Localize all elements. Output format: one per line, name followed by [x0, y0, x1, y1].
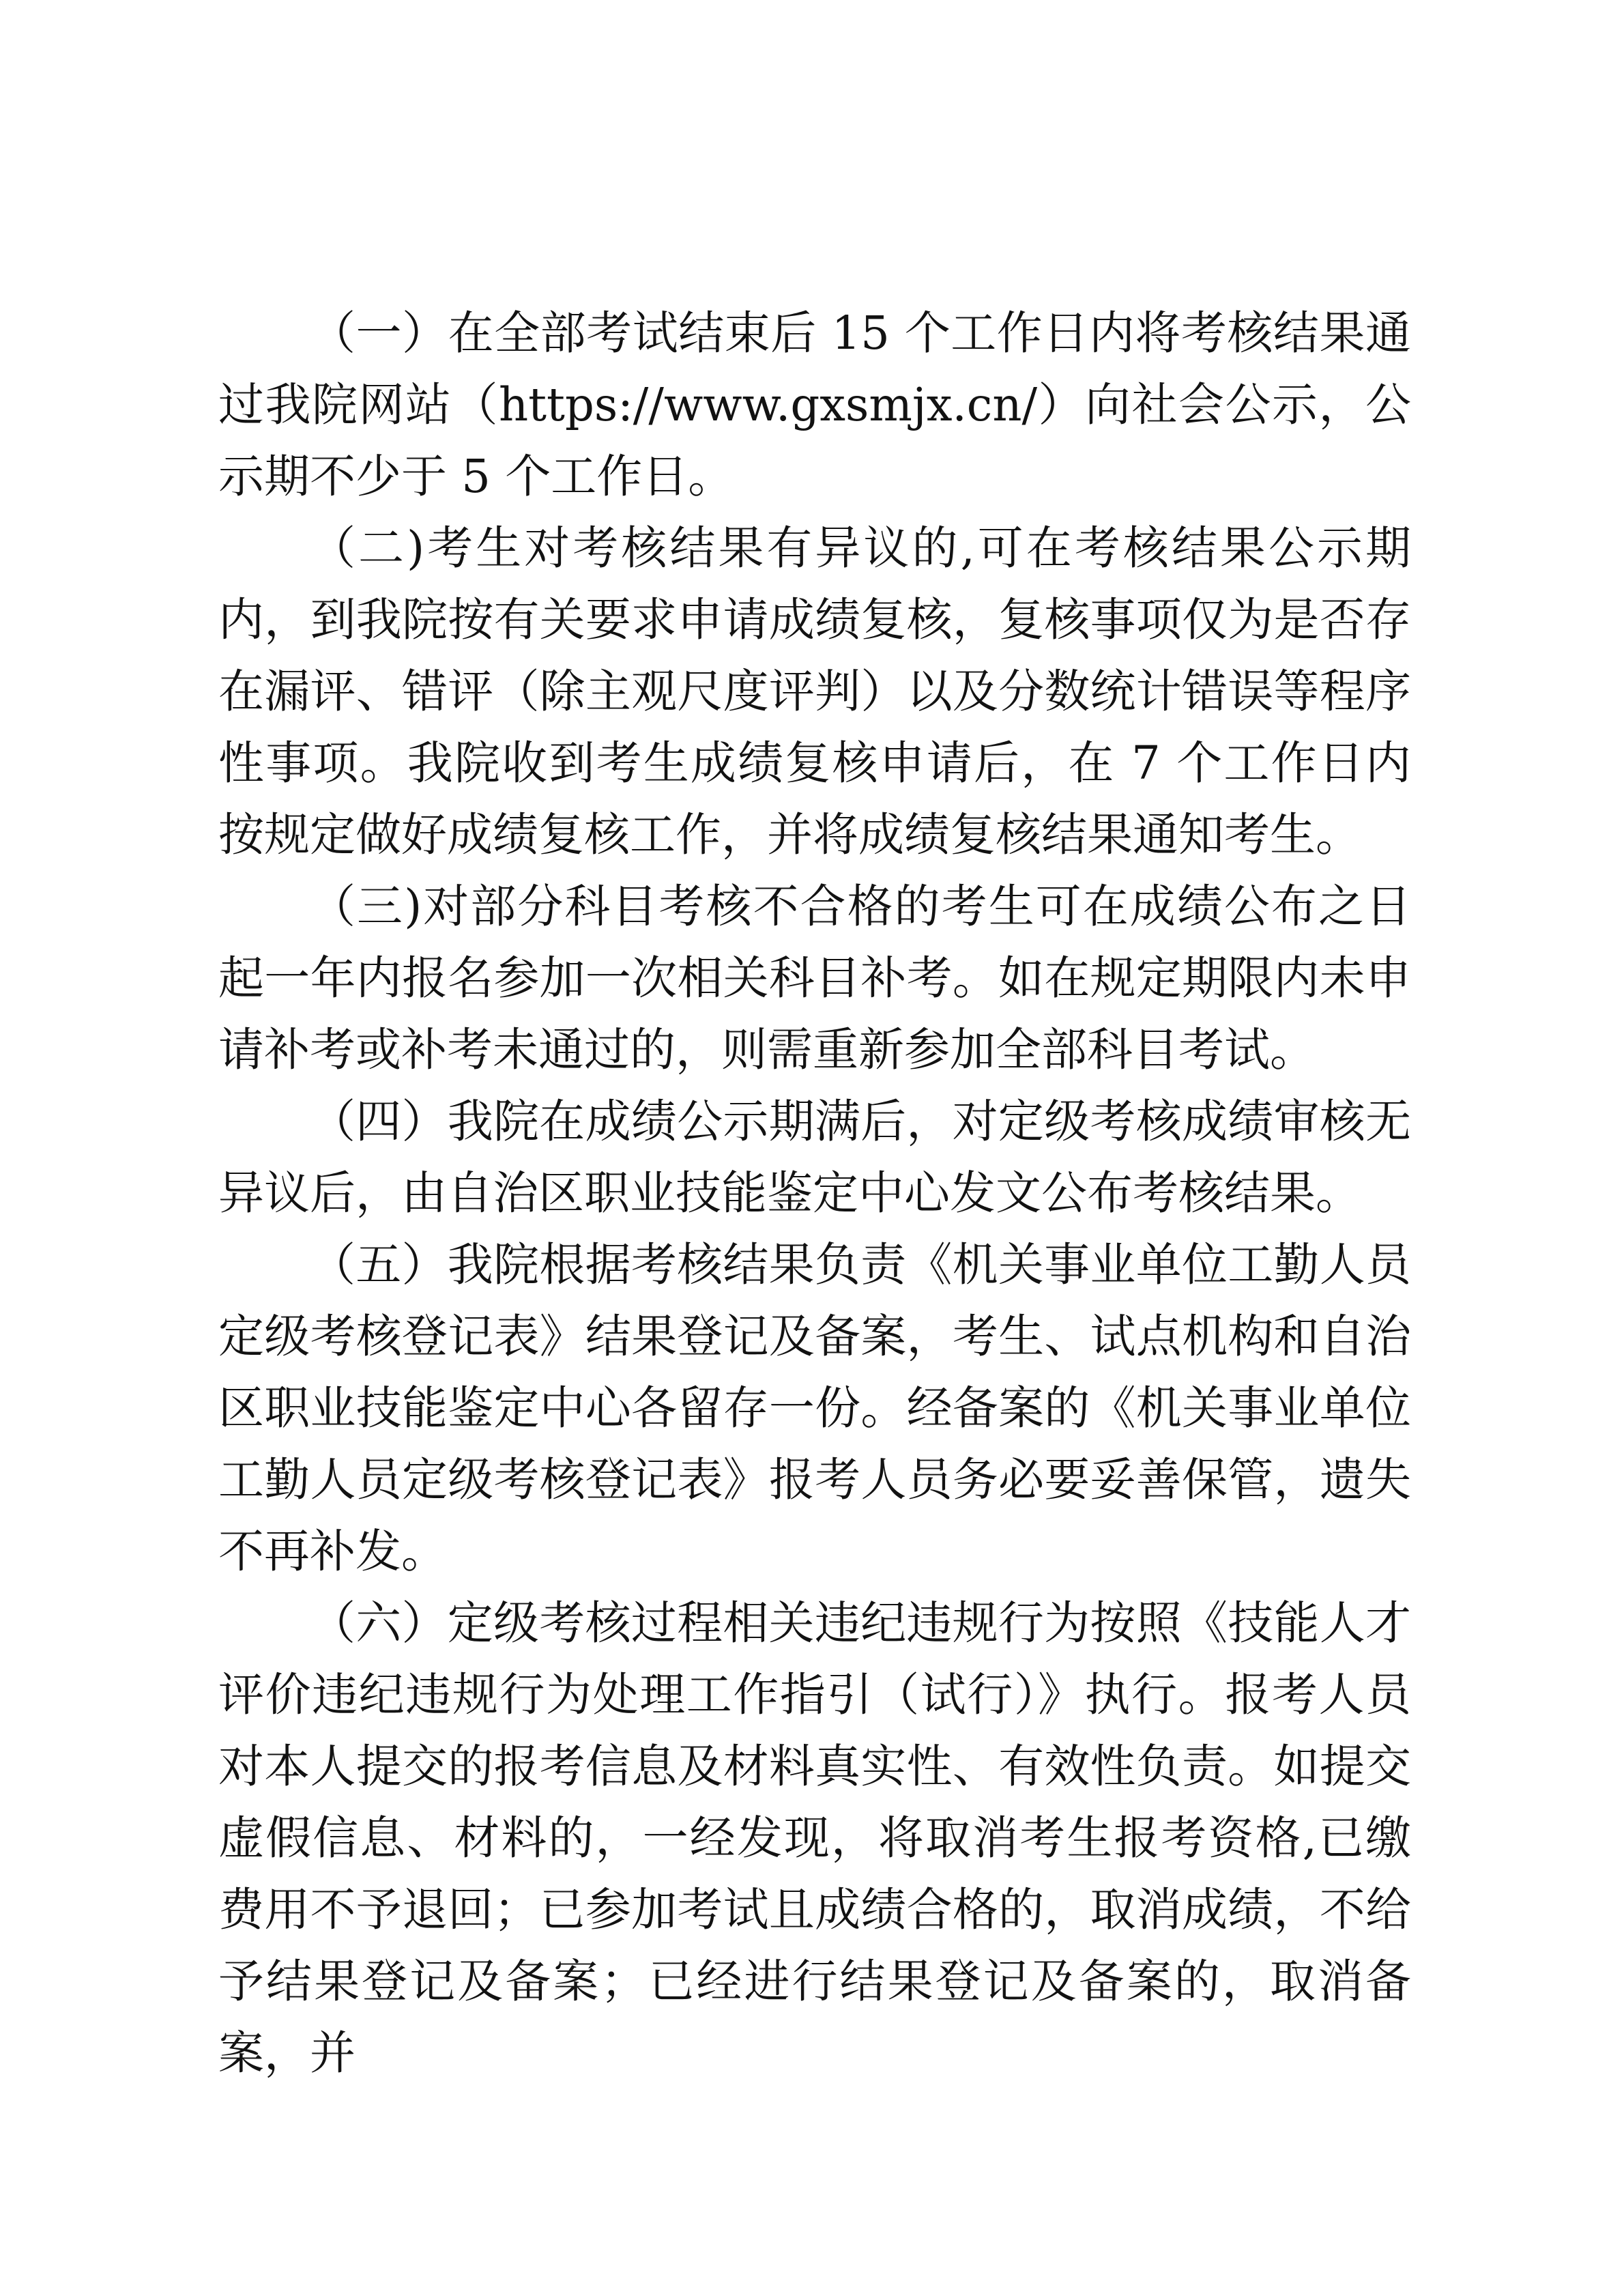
paragraph-5: （五）我院根据考核结果负责《机关事业单位工勤人员定级考核登记表》结果登记及备案，… [218, 1229, 1411, 1588]
document-text-block: （一）在全部考试结束后 15 个工作日内将考核结果通过我院网站（https://… [218, 298, 1411, 2089]
document-page: （一）在全部考试结束后 15 个工作日内将考核结果通过我院网站（https://… [0, 0, 1624, 2296]
paragraph-3: （三)对部分科目考核不合格的考生可在成绩公布之日起一年内报名参加一次相关科目补考… [218, 871, 1411, 1086]
paragraph-6: （六）定级考核过程相关违纪违规行为按照《技能人才评价违纪违规行为处理工作指引（试… [218, 1588, 1411, 2089]
paragraph-1: （一）在全部考试结束后 15 个工作日内将考核结果通过我院网站（https://… [218, 298, 1411, 513]
paragraph-2: （二)考生对考核结果有异议的,可在考核结果公示期内，到我院按有关要求申请成绩复核… [218, 513, 1411, 871]
paragraph-4: （四）我院在成绩公示期满后，对定级考核成绩审核无异议后，由自治区职业技能鉴定中心… [218, 1086, 1411, 1229]
